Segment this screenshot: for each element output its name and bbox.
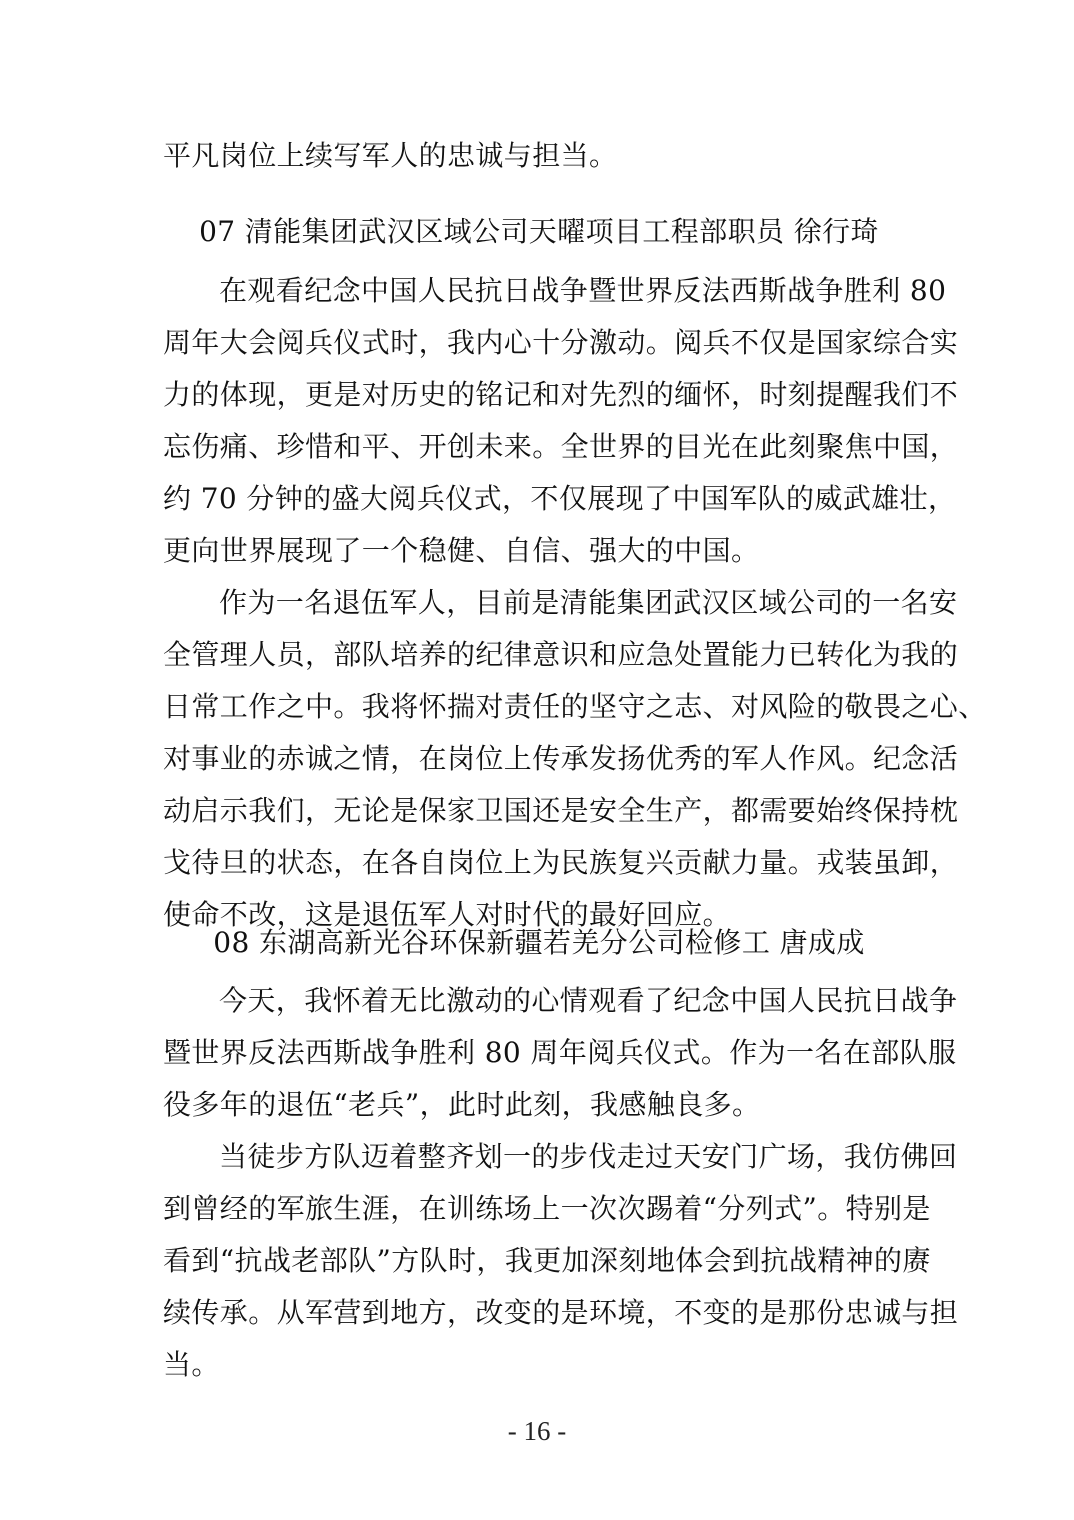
paragraph-line: 忘伤痛、珍惜和平、开创未来。全世界的目光在此刻聚焦中国， [163, 427, 915, 467]
paragraph-line: 当。 [163, 1345, 915, 1385]
continuation-line: 平凡岗位上续写军人的忠诚与担当。 [163, 136, 915, 176]
paragraph-line: 动启示我们，无论是保家卫国还是安全生产，都需要始终保持枕 [163, 791, 915, 831]
paragraph-line: 作为一名退伍军人，目前是清能集团武汉区域公司的一名安 [219, 583, 915, 623]
section-heading-07: 07 清能集团武汉区域公司天曜项目工程部职员 徐行琦 [163, 212, 915, 252]
paragraph-line: 续传承。从军营到地方，改变的是环境，不变的是那份忠诚与担 [163, 1293, 915, 1333]
page-number: - 16 - [0, 1413, 1074, 1449]
section-heading-08: 08 东湖高新光谷环保新疆若羌分公司检修工 唐成成 [163, 923, 915, 963]
paragraph-line: 力的体现，更是对历史的铭记和对先烈的缅怀，时刻提醒我们不 [163, 375, 915, 415]
paragraph-line: 今天，我怀着无比激动的心情观看了纪念中国人民抗日战争 [219, 981, 915, 1021]
paragraph-line: 全管理人员，部队培养的纪律意识和应急处置能力已转化为我的 [163, 635, 915, 675]
paragraph-line: 周年大会阅兵仪式时，我内心十分激动。阅兵不仅是国家综合实 [163, 323, 915, 363]
paragraph-line: 暨世界反法西斯战争胜利 80 周年阅兵仪式。作为一名在部队服 [163, 1033, 915, 1073]
paragraph-line: 约 70 分钟的盛大阅兵仪式，不仅展现了中国军队的威武雄壮， [163, 479, 915, 519]
paragraph-line: 对事业的赤诚之情，在岗位上传承发扬优秀的军人作风。纪念活 [163, 739, 915, 779]
document-page: 平凡岗位上续写军人的忠诚与担当。 07 清能集团武汉区域公司天曜项目工程部职员 … [0, 0, 1074, 1520]
paragraph-line: 看到“抗战老部队”方队时，我更加深刻地体会到抗战精神的赓 [163, 1241, 915, 1281]
paragraph-line: 日常工作之中。我将怀揣对责任的坚守之志、对风险的敬畏之心、 [163, 687, 915, 727]
paragraph-line: 更向世界展现了一个稳健、自信、强大的中国。 [163, 531, 915, 571]
paragraph-line: 役多年的退伍“老兵”，此时此刻，我感触良多。 [163, 1085, 915, 1125]
paragraph-line: 当徒步方队迈着整齐划一的步伐走过天安门广场，我仿佛回 [219, 1137, 915, 1177]
paragraph-line: 在观看纪念中国人民抗日战争暨世界反法西斯战争胜利 80 [219, 271, 915, 311]
paragraph-line: 戈待旦的状态，在各自岗位上为民族复兴贡献力量。戎装虽卸， [163, 843, 915, 883]
paragraph-line: 到曾经的军旅生涯，在训练场上一次次踢着“分列式”。特别是 [163, 1189, 915, 1229]
